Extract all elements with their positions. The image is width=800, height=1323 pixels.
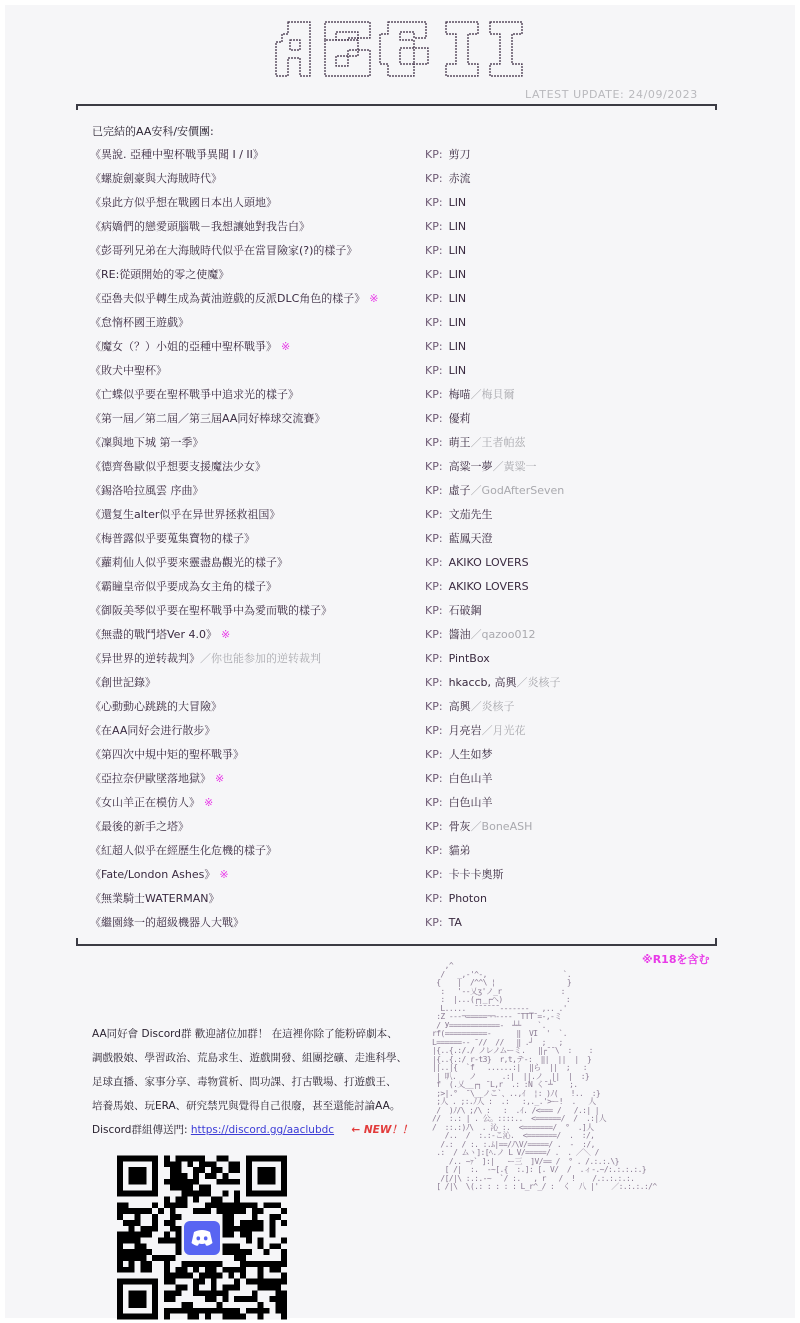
session-title: 《蘿莉仙人似乎要來靈盡島觀光的樣子》 [90, 555, 288, 571]
frame-corner [715, 938, 717, 944]
session-row: 《螺旋劍豪與大海賊時代》KP:赤流 [90, 171, 710, 195]
r18-mark-icon: ※ [369, 292, 378, 305]
session-title: 《異說. 亞種中聖杯戰爭異聞 I / II》 [90, 147, 264, 163]
kp-label: KP: [425, 868, 443, 881]
session-title-text: 《霸瞳皇帝似乎要成為女主角的樣子》 [90, 580, 277, 593]
session-kp: KP:剪刀 [425, 147, 471, 163]
session-title-text: 《魔女（？）小姐的亞種中聖杯戰爭》 [90, 340, 277, 353]
session-title: 《繼園緣一的超級機器人大戰》 [90, 915, 244, 931]
kp-name: 白色山羊 [449, 772, 493, 785]
session-row: 《敗犬中聖杯》KP:LIN [90, 363, 710, 387]
session-title: 《亡蝶似乎要在聖杯戰爭中追求光的樣子》 [90, 387, 299, 403]
session-kp: KP:PintBox [425, 651, 490, 667]
kp-name: LIN [449, 316, 467, 329]
session-title: 《還复生alter似乎在异世界拯救祖国》 [90, 507, 280, 523]
kp-label: KP: [425, 820, 443, 833]
kp-label: KP: [425, 460, 443, 473]
session-title-text: 《德齊魯歐似乎想要支援魔法少女》 [90, 460, 266, 473]
session-title-text: 《Fate/London Ashes》 [90, 868, 215, 881]
session-kp: KP:LIN [425, 243, 466, 259]
session-title-text: 《異說. 亞種中聖杯戰爭異聞 I / II》 [90, 148, 264, 161]
session-row: 《創世記錄》KP:hkaccb, 高興／炎核子 [90, 675, 710, 699]
session-kp: KP:藍鳳天澄 [425, 531, 493, 547]
session-kp: KP:文茄先生 [425, 507, 493, 523]
session-row: 《心動動心跳跳的大冒險》KP:高興／炎核子 [90, 699, 710, 723]
session-row: 《RE:從頭開始的零之使魔》KP:LIN [90, 267, 710, 291]
session-kp: KP:高粱一夢／黃粱一 [425, 459, 537, 475]
session-title: 《紅超人似乎在經歷生化危機的樣子》 [90, 843, 277, 859]
session-row: 《無盡的戰鬥塔Ver 4.0》※KP:醬油／qazoo012 [90, 627, 710, 651]
kp-name: 虛子 [449, 484, 471, 497]
session-title: 《最後的新手之塔》 [90, 819, 189, 835]
kp-name: LIN [449, 196, 467, 209]
kp-label: KP: [425, 484, 443, 497]
session-kp: KP:梅喵／梅貝爾 [425, 387, 515, 403]
kp-name: 卡卡卡奧斯 [449, 868, 504, 881]
kp-name: 萌王 [449, 436, 471, 449]
session-kp: KP:卡卡卡奧斯 [425, 867, 504, 883]
session-title: 《Fate/London Ashes》※ [90, 867, 229, 883]
kp-label: KP: [425, 556, 443, 569]
session-title-text: 《第四次中規中矩的聖杯戰爭》 [90, 748, 244, 761]
session-kp: KP:萌王／王者帕茲 [425, 435, 526, 451]
kp-label: KP: [425, 724, 443, 737]
kp-label: KP: [425, 892, 443, 905]
kp-label: KP: [425, 772, 443, 785]
session-title-text: 《亞拉奈伊歐墜落地獄》 [90, 772, 211, 785]
session-row: 《第四次中規中矩的聖杯戰爭》KP:人生如梦 [90, 747, 710, 771]
completed-sessions-list: 《異說. 亞種中聖杯戰爭異聞 I / II》KP:剪刀《螺旋劍豪與大海賊時代》K… [90, 147, 710, 939]
session-title: 《御阪美琴似乎要在聖杯戰爭中為愛而戰的樣子》 [90, 603, 332, 619]
ascii-art-text: ,^ / _,-'^-, `. { | /^^\ ¦ } : '--乂ʒ'ノ_r… [432, 962, 732, 1192]
session-kp: KP:高興／炎核子 [425, 699, 515, 715]
session-title-text: 《還复生alter似乎在异世界拯救祖国》 [90, 508, 280, 521]
session-kp: KP:AKIKO LOVERS [425, 555, 529, 571]
kp-name: 醬油 [449, 628, 471, 641]
session-kp: KP:骨灰／BoneASH [425, 819, 532, 835]
r18-mark-icon: ※ [219, 868, 228, 881]
session-title-text: 《亡蝶似乎要在聖杯戰爭中追求光的樣子》 [90, 388, 299, 401]
session-kp: KP:LIN [425, 267, 466, 283]
session-title: 《泉此方似乎想在戰國日本出人頭地》 [90, 195, 277, 211]
kp-name: TA [449, 916, 462, 929]
kp-name: AKIKO LOVERS [449, 580, 529, 593]
session-title-text: 《女山羊正在模仿人》 [90, 796, 200, 809]
kp-alias: ／BoneASH [471, 820, 533, 833]
session-row: 《魔女（？）小姐的亞種中聖杯戰爭》※KP:LIN [90, 339, 710, 363]
session-title: 《病嬌們的戀愛頭腦戰－我想讓她對我告白》 [90, 219, 310, 235]
kp-label: KP: [425, 340, 443, 353]
kp-label: KP: [425, 268, 443, 281]
new-badge: ← NEW！！ [351, 1124, 412, 1136]
kp-label: KP: [425, 748, 443, 761]
session-row: 《御阪美琴似乎要在聖杯戰爭中為愛而戰的樣子》KP:石破鋼 [90, 603, 710, 627]
session-kp: KP:LIN [425, 291, 466, 307]
kp-label: KP: [425, 508, 443, 521]
session-kp: KP:AKIKO LOVERS [425, 579, 529, 595]
session-title-text: 《繼園緣一的超級機器人大戰》 [90, 916, 244, 929]
session-title: 《彭哥列兄弟在大海賊時代似乎在當冒險家(?)的樣子》 [90, 243, 357, 259]
session-kp: KP:優莉 [425, 411, 471, 427]
discord-line: 足球直播、家事分享、毒物賞析、問功課、打古戰場、打遊戲王、 [92, 1070, 422, 1094]
discord-icon [184, 1221, 220, 1255]
session-title-text: 《敗犬中聖杯》 [90, 364, 167, 377]
session-title: 《亞魯夫似乎轉生成為黃油遊戲的反派DLC角色的樣子》※ [90, 291, 379, 307]
r18-mark-icon: ※ [281, 340, 290, 353]
session-row: 《异世界的逆转裁判》／你也能参加的逆转裁判KP:PintBox [90, 651, 710, 675]
kp-label: KP: [425, 292, 443, 305]
session-row: 《霸瞳皇帝似乎要成為女主角的樣子》KP:AKIKO LOVERS [90, 579, 710, 603]
session-title-text: 《异世界的逆转裁判》 [90, 652, 200, 665]
kp-label: KP: [425, 316, 443, 329]
session-title: 《錫洛哈拉風雲 序曲》 [90, 483, 204, 499]
session-kp: KP:白色山羊 [425, 771, 493, 787]
session-row: 《Fate/London Ashes》※KP:卡卡卡奧斯 [90, 867, 710, 891]
session-subtitle: ／你也能参加的逆转裁判 [200, 652, 321, 665]
kp-label: KP: [425, 844, 443, 857]
kp-alias: ／GodAfterSeven [471, 484, 565, 497]
discord-line: 調戲骰娘、學習政治、荒島求生、遊戲開發、組團挖礦、走進科學、 [92, 1046, 422, 1070]
session-title-text: 《泉此方似乎想在戰國日本出人頭地》 [90, 196, 277, 209]
session-title: 《創世記錄》 [90, 675, 156, 691]
kp-label: KP: [425, 580, 443, 593]
discord-portal: Discord群組傳送門: https://discord.gg/aaclubd… [92, 1118, 422, 1142]
kp-alias: ／王者帕茲 [471, 436, 526, 449]
kp-label: KP: [425, 196, 443, 209]
latest-update: LATEST UPDATE: 24/09/2023 [525, 88, 698, 101]
kp-name: 高興 [449, 700, 471, 713]
session-title-text: 《病嬌們的戀愛頭腦戰－我想讓她對我告白》 [90, 220, 310, 233]
session-title: 《亞拉奈伊歐墜落地獄》※ [90, 771, 224, 787]
session-title-text: 《御阪美琴似乎要在聖杯戰爭中為愛而戰的樣子》 [90, 604, 332, 617]
session-title-text: 《亞魯夫似乎轉生成為黃油遊戲的反派DLC角色的樣子》 [90, 292, 365, 305]
session-kp: KP:白色山羊 [425, 795, 493, 811]
r18-mark-icon: ※ [215, 772, 224, 785]
session-title-text: 《紅超人似乎在經歷生化危機的樣子》 [90, 844, 277, 857]
session-title: 《螺旋劍豪與大海賊時代》 [90, 171, 222, 187]
session-kp: KP:LIN [425, 315, 466, 331]
session-title: 《RE:從頭開始的零之使魔》 [90, 267, 229, 283]
session-title-text: 《螺旋劍豪與大海賊時代》 [90, 172, 222, 185]
session-row: 《德齊魯歐似乎想要支援魔法少女》KP:高粱一夢／黃粱一 [90, 459, 710, 483]
session-title: 《第一屆／第二屆／第三屆AA同好棒球交流賽》 [90, 411, 325, 427]
session-row: 《在AA同好会进行散步》KP:月亮岩／月光花 [90, 723, 710, 747]
ascii-art-figure: ,^ / _,-'^-, `. { | /^^\ ¦ } : '--乂ʒ'ノ_r… [432, 962, 732, 1318]
session-row: 《第一屆／第二屆／第三屆AA同好棒球交流賽》KP:優莉 [90, 411, 710, 435]
kp-name: hkaccb, 高興 [449, 676, 517, 689]
kp-name: 骨灰 [449, 820, 471, 833]
r18-mark-icon: ※ [204, 796, 213, 809]
session-title: 《第四次中規中矩的聖杯戰爭》 [90, 747, 244, 763]
session-title: 《無盡的戰鬥塔Ver 4.0》※ [90, 627, 230, 643]
frame-corner [76, 104, 78, 110]
session-row: 《繼園緣一的超級機器人大戰》KP:TA [90, 915, 710, 939]
kp-name: LIN [449, 220, 467, 233]
session-kp: KP:虛子／GodAfterSeven [425, 483, 564, 499]
session-row: 《還复生alter似乎在异世界拯救祖国》KP:文茄先生 [90, 507, 710, 531]
kp-name: LIN [449, 244, 467, 257]
session-row: 《亡蝶似乎要在聖杯戰爭中追求光的樣子》KP:梅喵／梅貝爾 [90, 387, 710, 411]
session-row: 《蘿莉仙人似乎要來靈盡島觀光的樣子》KP:AKIKO LOVERS [90, 555, 710, 579]
session-kp: KP:TA [425, 915, 462, 931]
session-row: 《怠惰杯國王遊戲》KP:LIN [90, 315, 710, 339]
kp-label: KP: [425, 652, 443, 665]
ascii-logo: ASCII [268, 18, 530, 80]
list-heading: 已完結的AA安科/安價團: [92, 123, 214, 139]
session-title-text: 《最後的新手之塔》 [90, 820, 189, 833]
session-row: 《病嬌們的戀愛頭腦戰－我想讓她對我告白》KP:LIN [90, 219, 710, 243]
session-title-text: 《凜與地下城 第一季》 [90, 436, 204, 449]
r18-mark-icon: ※ [221, 628, 230, 641]
kp-name: 白色山羊 [449, 796, 493, 809]
kp-label: KP: [425, 604, 443, 617]
session-kp: KP:LIN [425, 363, 466, 379]
session-kp: KP:LIN [425, 195, 466, 211]
session-title-text: 《怠惰杯國王遊戲》 [90, 316, 189, 329]
kp-label: KP: [425, 172, 443, 185]
session-title: 《凜與地下城 第一季》 [90, 435, 204, 451]
session-title: 《敗犬中聖杯》 [90, 363, 167, 379]
session-kp: KP:赤流 [425, 171, 471, 187]
session-title: 《异世界的逆转裁判》／你也能参加的逆转裁判 [90, 651, 321, 667]
session-kp: KP:人生如梦 [425, 747, 493, 763]
kp-name: 梅喵 [449, 388, 471, 401]
kp-label: KP: [425, 796, 443, 809]
kp-name: 月亮岩 [449, 724, 482, 737]
kp-label: KP: [425, 700, 443, 713]
kp-label: KP: [425, 532, 443, 545]
session-kp: KP:Photon [425, 891, 487, 907]
session-title-text: 《蘿莉仙人似乎要來靈盡島觀光的樣子》 [90, 556, 288, 569]
kp-alias: ／qazoo012 [471, 628, 536, 641]
session-row: 《梅普露似乎要蒐集寶物的樣子》KP:藍鳳天澄 [90, 531, 710, 555]
session-title-text: 《無盡的戰鬥塔Ver 4.0》 [90, 628, 217, 641]
kp-label: KP: [425, 436, 443, 449]
kp-name: 赤流 [449, 172, 471, 185]
session-title-text: 《梅普露似乎要蒐集寶物的樣子》 [90, 532, 255, 545]
kp-name: 人生如梦 [449, 748, 493, 761]
kp-label: KP: [425, 676, 443, 689]
session-title-text: 《在AA同好会进行散步》 [90, 724, 215, 737]
frame-corner [715, 104, 717, 110]
session-title: 《怠惰杯國王遊戲》 [90, 315, 189, 331]
session-kp: KP:石破鋼 [425, 603, 482, 619]
session-kp: KP:貓弟 [425, 843, 471, 859]
kp-name: PintBox [449, 652, 490, 665]
session-title: 《德齊魯歐似乎想要支援魔法少女》 [90, 459, 266, 475]
kp-alias: ／月光花 [482, 724, 526, 737]
kp-label: KP: [425, 388, 443, 401]
session-row: 《亞魯夫似乎轉生成為黃油遊戲的反派DLC角色的樣子》※KP:LIN [90, 291, 710, 315]
session-title-text: 《錫洛哈拉風雲 序曲》 [90, 484, 204, 497]
kp-name: LIN [449, 364, 467, 377]
kp-alias: ／梅貝爾 [471, 388, 515, 401]
kp-name: LIN [449, 340, 467, 353]
kp-name: LIN [449, 292, 467, 305]
discord-intro: AA同好會 Discord群 歡迎諸位加群！ 在這裡你除了能粉碎劇本、 調戲骰娘… [92, 1022, 422, 1142]
frame-corner [76, 938, 78, 944]
session-title-text: 《心動動心跳跳的大冒險》 [90, 700, 222, 713]
session-kp: KP:hkaccb, 高興／炎核子 [425, 675, 561, 691]
kp-name: 貓弟 [449, 844, 471, 857]
discord-line: AA同好會 Discord群 歡迎諸位加群！ 在這裡你除了能粉碎劇本、 [92, 1022, 422, 1046]
session-title: 《霸瞳皇帝似乎要成為女主角的樣子》 [90, 579, 277, 595]
session-row: 《最後的新手之塔》KP:骨灰／BoneASH [90, 819, 710, 843]
session-kp: KP:月亮岩／月光花 [425, 723, 526, 739]
session-title: 《魔女（？）小姐的亞種中聖杯戰爭》※ [90, 339, 290, 355]
kp-name: 石破鋼 [449, 604, 482, 617]
session-title-text: 《無業騎士WATERMAN》 [90, 892, 220, 905]
kp-label: KP: [425, 916, 443, 929]
kp-name: 藍鳳天澄 [449, 532, 493, 545]
session-row: 《異說. 亞種中聖杯戰爭異聞 I / II》KP:剪刀 [90, 147, 710, 171]
kp-label: KP: [425, 244, 443, 257]
session-kp: KP:LIN [425, 219, 466, 235]
session-title: 《心動動心跳跳的大冒險》 [90, 699, 222, 715]
kp-name: Photon [449, 892, 487, 905]
kp-label: KP: [425, 220, 443, 233]
kp-alias: ／炎核子 [471, 700, 515, 713]
portal-label: Discord群組傳送門: [92, 1124, 188, 1136]
session-title: 《在AA同好会进行散步》 [90, 723, 215, 739]
session-kp: KP:醬油／qazoo012 [425, 627, 536, 643]
session-title-text: 《創世記錄》 [90, 676, 156, 689]
session-title-text: 《RE:從頭開始的零之使魔》 [90, 268, 229, 281]
session-row: 《女山羊正在模仿人》※KP:白色山羊 [90, 795, 710, 819]
session-kp: KP:LIN [425, 339, 466, 355]
kp-name: 文茄先生 [449, 508, 493, 521]
session-row: 《無業騎士WATERMAN》KP:Photon [90, 891, 710, 915]
session-title-text: 《第一屆／第二屆／第三屆AA同好棒球交流賽》 [90, 412, 325, 425]
kp-name: AKIKO LOVERS [449, 556, 529, 569]
session-row: 《彭哥列兄弟在大海賊時代似乎在當冒險家(?)的樣子》KP:LIN [90, 243, 710, 267]
discord-line: 培養馬娘、玩ERA、研究禁咒與覺得自己很廢，甚至還能討論AA。 [92, 1094, 422, 1118]
kp-label: KP: [425, 412, 443, 425]
session-title: 《梅普露似乎要蒐集寶物的樣子》 [90, 531, 255, 547]
session-title: 《女山羊正在模仿人》※ [90, 795, 213, 811]
session-row: 《紅超人似乎在經歷生化危機的樣子》KP:貓弟 [90, 843, 710, 867]
kp-label: KP: [425, 364, 443, 377]
session-row: 《亞拉奈伊歐墜落地獄》※KP:白色山羊 [90, 771, 710, 795]
kp-name: 剪刀 [449, 148, 471, 161]
session-title-text: 《彭哥列兄弟在大海賊時代似乎在當冒險家(?)的樣子》 [90, 244, 357, 257]
session-title: 《無業騎士WATERMAN》 [90, 891, 220, 907]
frame-top-border [76, 104, 717, 106]
kp-label: KP: [425, 148, 443, 161]
kp-alias: ／黃粱一 [493, 460, 537, 473]
discord-invite-link[interactable]: https://discord.gg/aaclubdc [191, 1124, 334, 1136]
session-row: 《凜與地下城 第一季》KP:萌王／王者帕茲 [90, 435, 710, 459]
kp-name: LIN [449, 268, 467, 281]
session-row: 《泉此方似乎想在戰國日本出人頭地》KP:LIN [90, 195, 710, 219]
session-row: 《錫洛哈拉風雲 序曲》KP:虛子／GodAfterSeven [90, 483, 710, 507]
frame-bottom-border [76, 944, 717, 946]
kp-alias: ／炎核子 [517, 676, 561, 689]
kp-label: KP: [425, 628, 443, 641]
kp-name: 優莉 [449, 412, 471, 425]
kp-name: 高粱一夢 [449, 460, 493, 473]
